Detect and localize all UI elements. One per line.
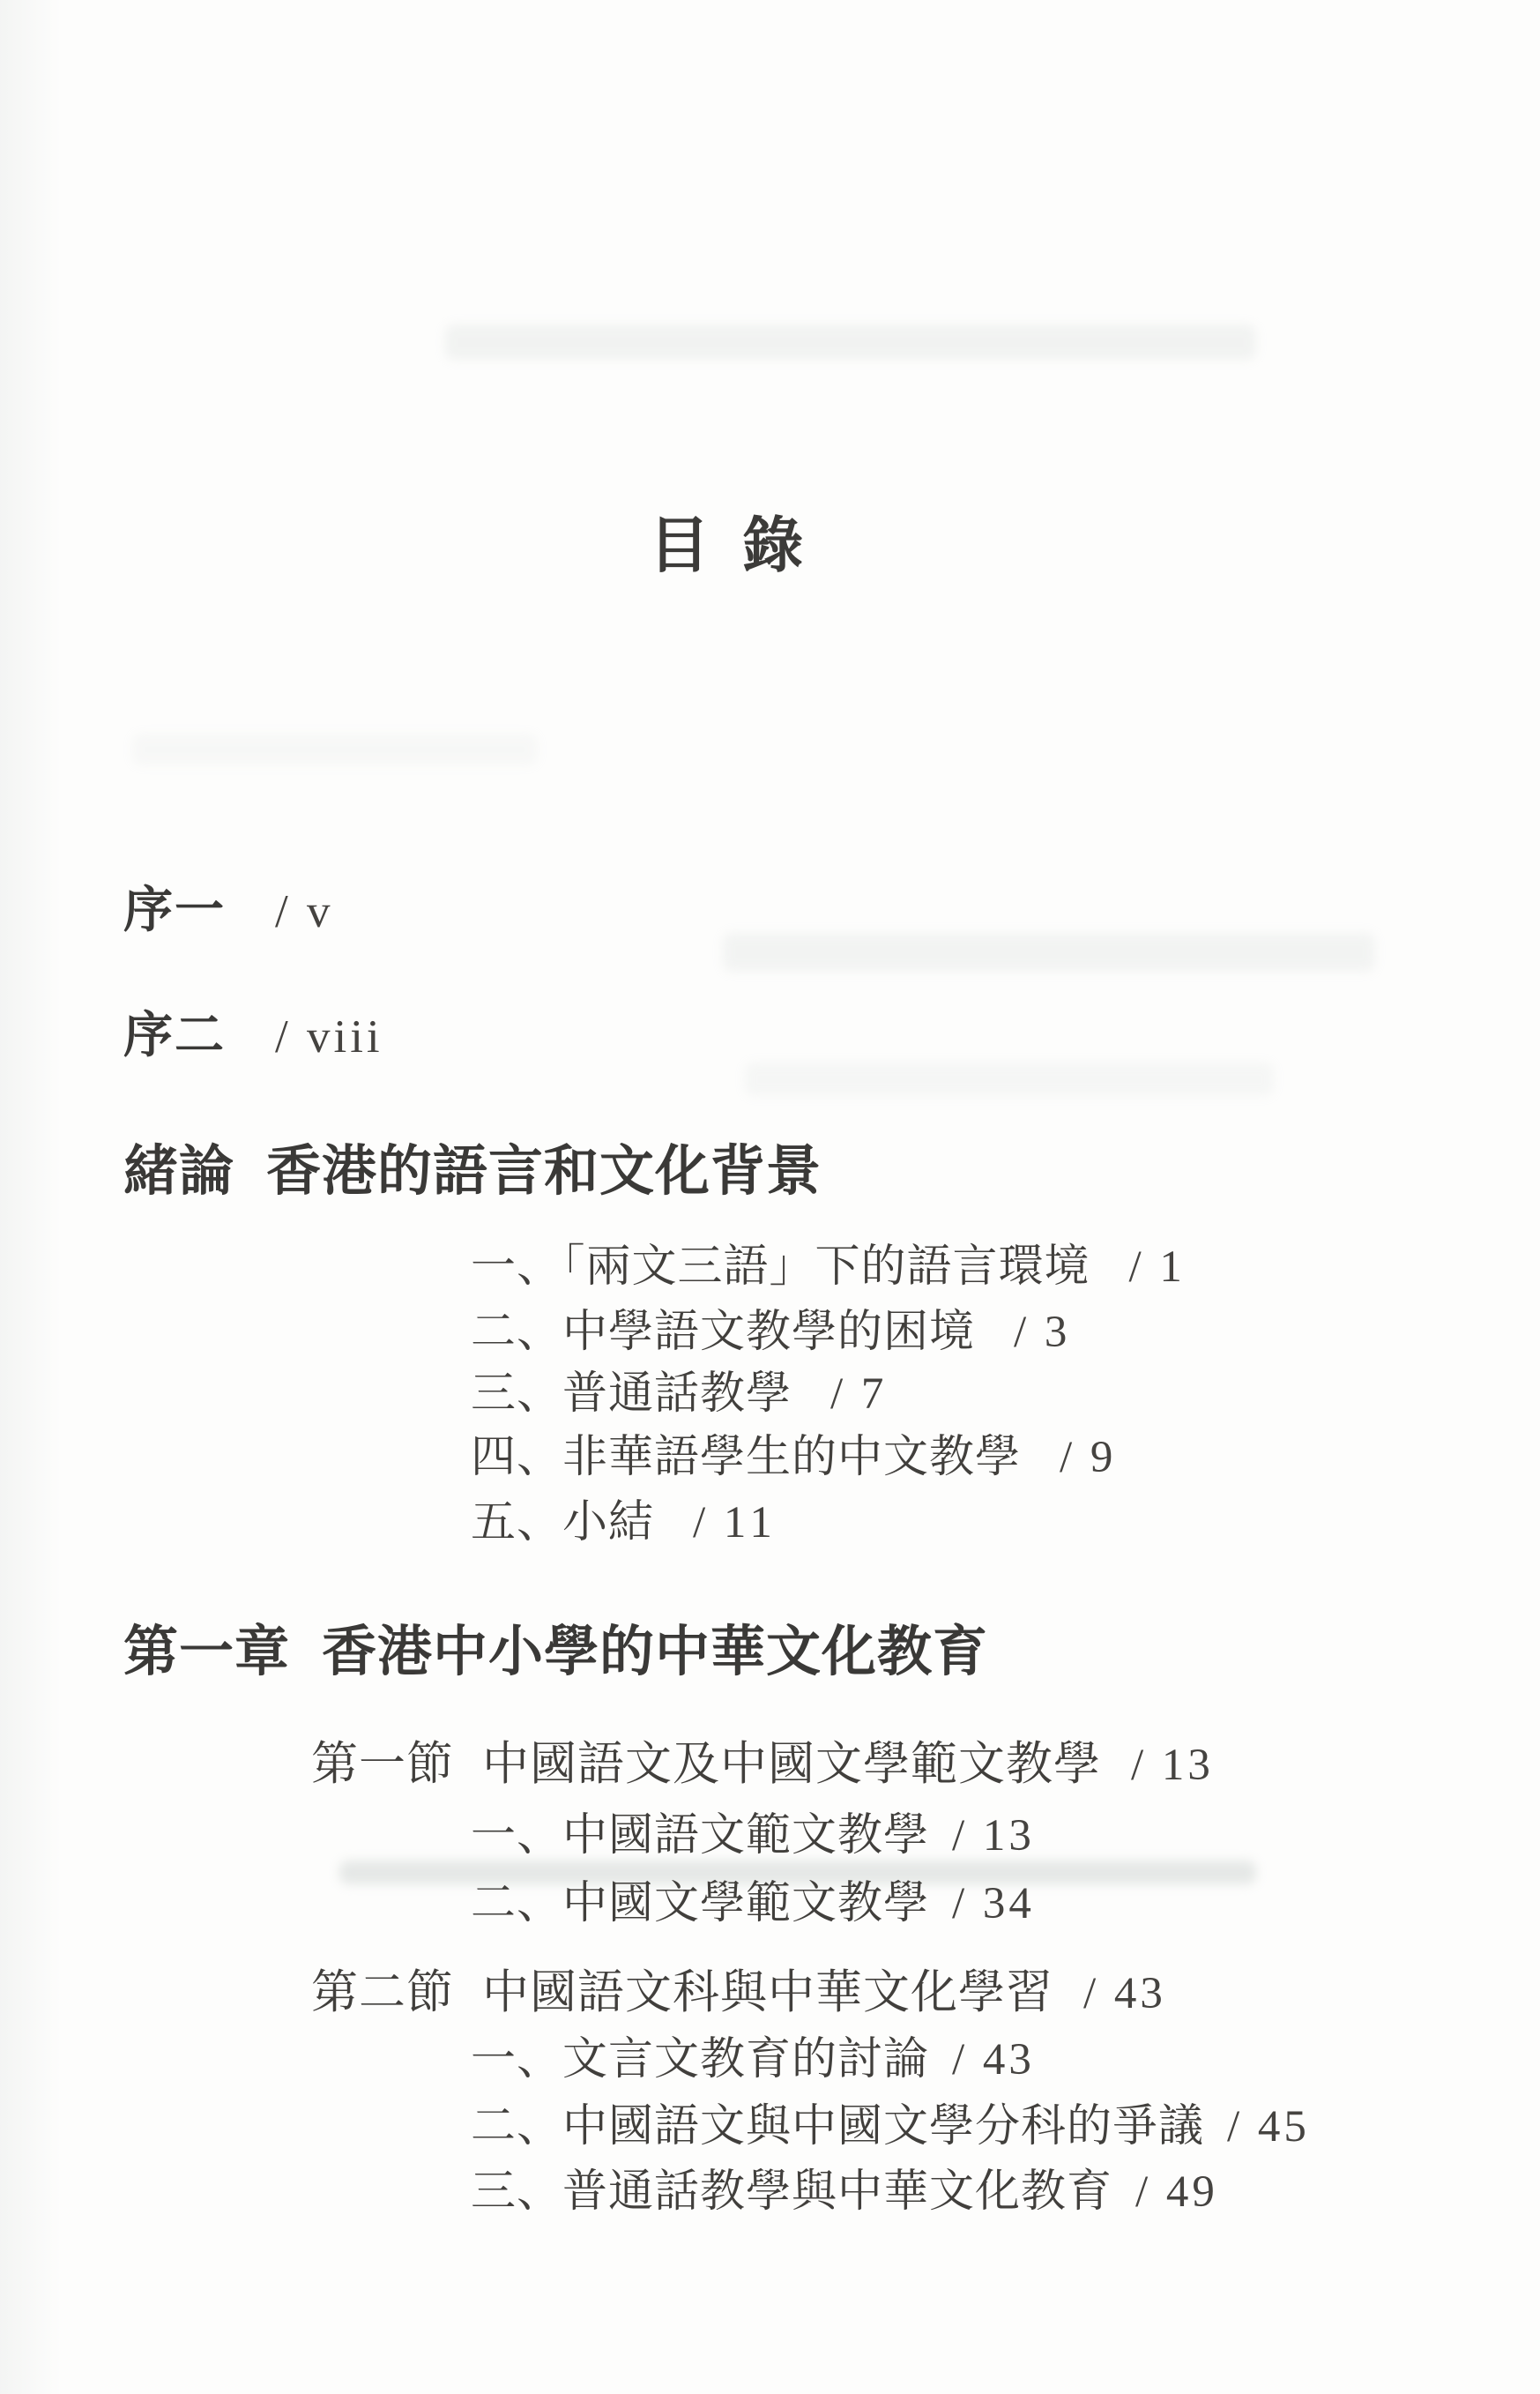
entry-label: 三、普通話教學與中華文化教育 xyxy=(471,2167,1112,2217)
page-ref: / 9 xyxy=(1060,1433,1116,1482)
toc-entry-preface-2: 序二/ viii xyxy=(123,1011,383,1061)
entry-label: 四、非華語學生的中文教學 xyxy=(471,1433,1021,1482)
entry-title: 中國語文科與中華文化學習 xyxy=(482,1967,1053,2018)
toc-entry: 一、文言文教育的討論/ 43 xyxy=(471,2038,1035,2083)
page-ref: / 11 xyxy=(693,1498,776,1548)
page-ref: / 49 xyxy=(1135,2167,1218,2217)
entry-label: 第一章 xyxy=(123,1622,290,1682)
page-ref: / 13 xyxy=(952,1811,1035,1861)
entry-label: 緒論 xyxy=(123,1141,234,1202)
page-title: 目 錄 xyxy=(649,515,805,576)
entry-label: 一、「兩文三語」下的語言環境 xyxy=(471,1242,1090,1292)
page-ref: / 3 xyxy=(1014,1308,1070,1357)
scan-smudge xyxy=(723,933,1375,972)
scan-smudge xyxy=(745,1063,1274,1096)
toc-entry-intro-chapter: 緒論香港的語言和文化背景 xyxy=(123,1145,822,1199)
toc-entry-section-1-2: 第二節中國語文科與中華文化學習/ 43 xyxy=(311,1970,1166,2017)
entry-title: 香港的語言和文化背景 xyxy=(266,1141,822,1202)
page-ref: / v xyxy=(275,886,333,937)
entry-label: 三、普通話教學 xyxy=(471,1369,792,1419)
page-ref: / 43 xyxy=(1083,1969,1166,2018)
toc-entry: 一、「兩文三語」下的語言環境/ 1 xyxy=(471,1245,1186,1290)
toc-entry: 三、普通話教學與中華文化教育/ 49 xyxy=(471,2170,1218,2215)
entry-label: 五、小結 xyxy=(471,1498,654,1548)
scan-smudge xyxy=(445,324,1256,360)
page-ref: / 7 xyxy=(830,1369,887,1419)
toc-entry: 二、中學語文教學的困境/ 3 xyxy=(471,1310,1070,1355)
page-ref: / 34 xyxy=(952,1879,1035,1928)
entry-label: 一、中國語文範文教學 xyxy=(471,1811,929,1861)
entry-label: 二、中國文學範文教學 xyxy=(471,1879,929,1928)
entry-label: 二、中國語文與中國文學分科的爭議 xyxy=(471,2102,1204,2152)
entry-title: 香港中小學的中華文化教育 xyxy=(322,1622,988,1682)
toc-entry: 二、中國文學範文教學/ 34 xyxy=(471,1882,1035,1927)
toc-entry: 一、中國語文範文教學/ 13 xyxy=(471,1814,1035,1859)
entry-label: 第二節 xyxy=(311,1967,454,2018)
toc-entry: 三、普通話教學/ 7 xyxy=(471,1372,887,1417)
page-ref: / viii xyxy=(275,1011,383,1063)
entry-label: 第一節 xyxy=(311,1739,454,1790)
scan-smudge xyxy=(132,734,538,765)
page-ref: / 45 xyxy=(1227,2102,1310,2152)
toc-entry-preface-1: 序一/ v xyxy=(123,885,333,936)
entry-label: 二、中學語文教學的困境 xyxy=(471,1308,975,1357)
toc-entry: 五、小結/ 11 xyxy=(471,1501,776,1546)
entry-label: 一、文言文教育的討論 xyxy=(471,2035,929,2084)
entry-label: 序一 xyxy=(123,882,226,937)
toc-entry-section-1-1: 第一節中國語文及中國文學範文教學/ 13 xyxy=(311,1741,1214,1788)
page-ref: / 13 xyxy=(1131,1741,1214,1790)
toc-entry-chapter-1: 第一章香港中小學的中華文化教育 xyxy=(123,1625,988,1680)
toc-entry: 四、非華語學生的中文教學/ 9 xyxy=(471,1436,1116,1480)
entry-label: 序二 xyxy=(123,1007,226,1063)
toc-entry: 二、中國語文與中國文學分科的爭議/ 45 xyxy=(471,2105,1310,2150)
page-ref: / 1 xyxy=(1129,1242,1186,1292)
entry-title: 中國語文及中國文學範文教學 xyxy=(482,1739,1101,1790)
scanned-toc-page: 目 錄 序一/ v 序二/ viii 緒論香港的語言和文化背景 一、「兩文三語」… xyxy=(0,0,1540,2394)
page-ref: / 43 xyxy=(952,2035,1035,2084)
